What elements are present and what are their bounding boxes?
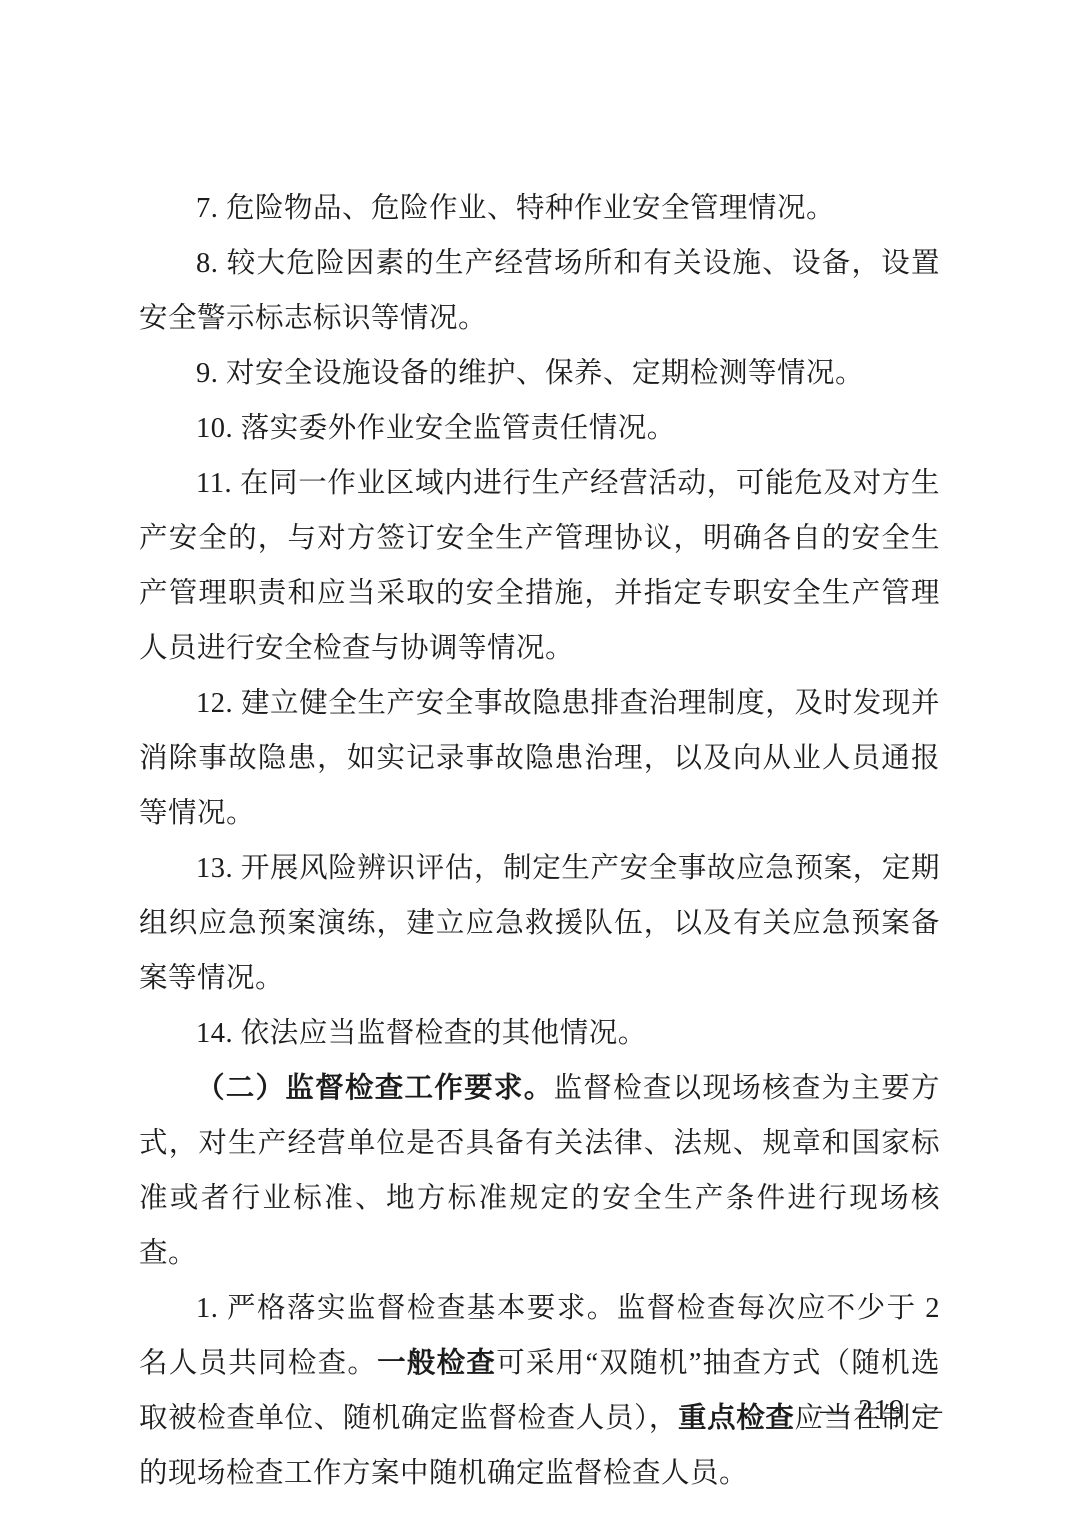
section-2-paragraph: （二）监督检查工作要求。监督检查以现场核查为主要方式，对生产经营单位是否具备有关… bbox=[139, 1061, 940, 1281]
list-item-12: 12. 建立健全生产安全事故隐患排查治理制度，及时发现并消除事故隐患，如实记录事… bbox=[139, 676, 940, 841]
list-item-13: 13. 开展风险辨识评估，制定生产安全事故应急预案，定期组织应急预案演练，建立应… bbox=[139, 841, 940, 1006]
term-key-inspection: 重点检查 bbox=[678, 1403, 794, 1434]
list-item-14: 14. 依法应当监督检查的其他情况。 bbox=[139, 1006, 940, 1061]
list-item-11: 11. 在同一作业区域内进行生产经营活动，可能危及对方生产安全的，与对方签订安全… bbox=[139, 456, 940, 676]
list-item-8: 8. 较大危险因素的生产经营场所和有关设施、设备，设置安全警示标志标识等情况。 bbox=[139, 236, 940, 346]
document-body: 7. 危险物品、危险作业、特种作业安全管理情况。 8. 较大危险因素的生产经营场… bbox=[139, 181, 940, 1501]
list-item-10: 10. 落实委外作业安全监管责任情况。 bbox=[139, 401, 940, 456]
list-item-7: 7. 危险物品、危险作业、特种作业安全管理情况。 bbox=[139, 181, 940, 236]
document-page: 7. 危险物品、危险作业、特种作业安全管理情况。 8. 较大危险因素的生产经营场… bbox=[0, 0, 1074, 1520]
section-2-heading: （二）监督检查工作要求。 bbox=[196, 1073, 554, 1104]
page-number: — 219 — bbox=[820, 1389, 943, 1431]
term-general-inspection: 一般检查 bbox=[377, 1348, 496, 1379]
list-item-9: 9. 对安全设施设备的维护、保养、定期检测等情况。 bbox=[139, 346, 940, 401]
